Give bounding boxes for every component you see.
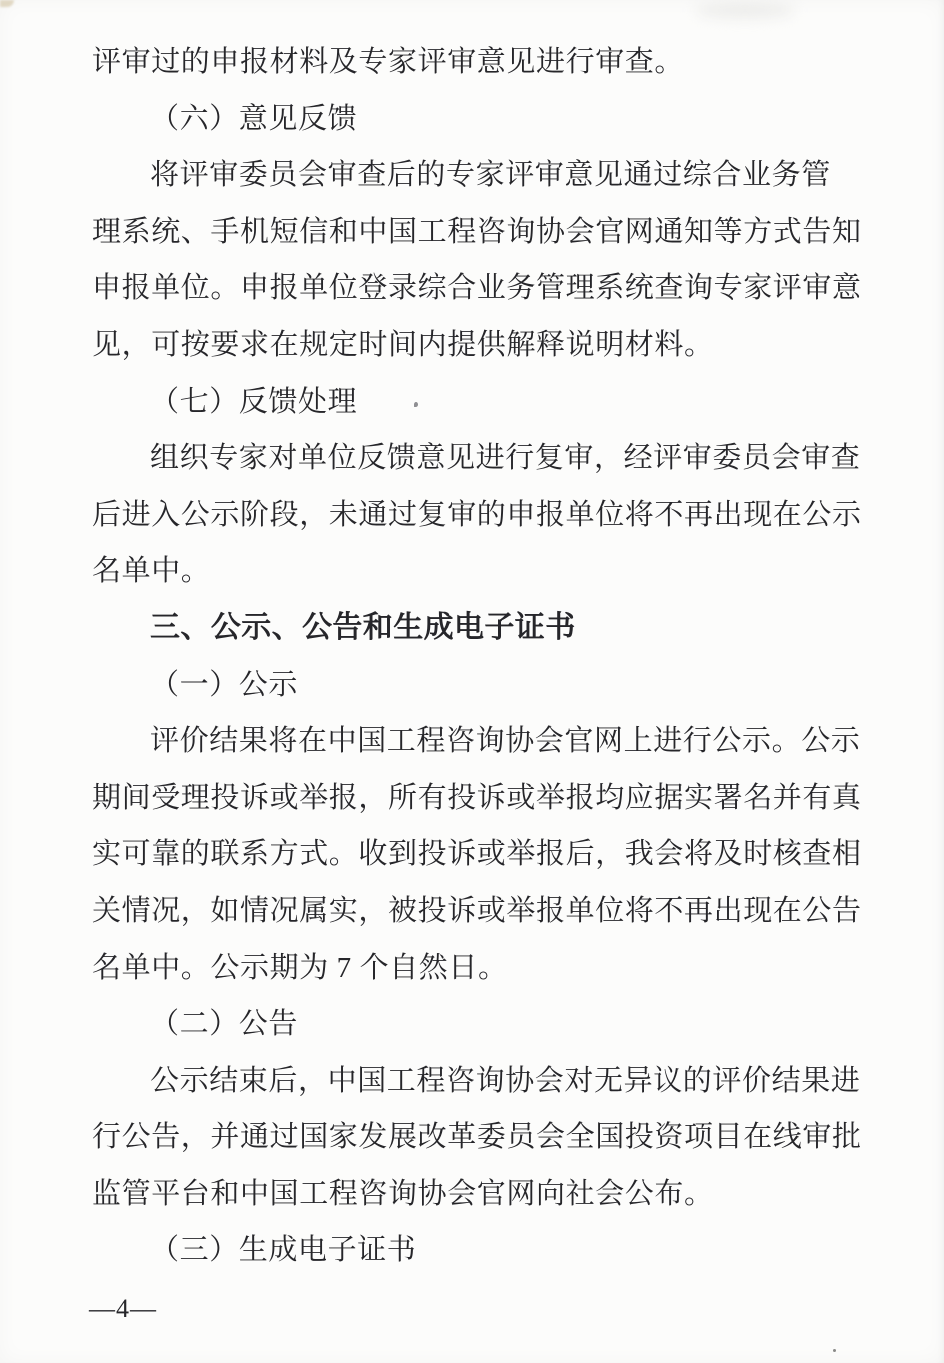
section-label: （七）反馈处理 (92, 374, 892, 431)
scan-speck (0, 0, 14, 7)
section-label: （二）公告 (92, 996, 892, 1053)
text-line: 名单中。公示期为 7 个自然日。 (92, 940, 892, 997)
text-line: 申报单位。申报单位登录综合业务管理系统查询专家评审意 (92, 260, 892, 317)
text-line: 关情况，如情况属实，被投诉或举报单位将不再出现在公告 (92, 883, 892, 940)
page-number: —4— (89, 1293, 157, 1325)
text-line: 公示结束后，中国工程咨询协会对无异议的评价结果进 (92, 1053, 892, 1110)
text-line: 名单中。 (92, 543, 892, 600)
text-line: 期间受理投诉或举报，所有投诉或举报均应据实署名并有真 (92, 770, 892, 827)
section-label: （一）公示 (92, 657, 892, 714)
section-heading: 三、公示、公告和生成电子证书 (92, 600, 892, 657)
text-line: 理系统、手机短信和中国工程咨询协会官网通知等方式告知 (92, 204, 892, 261)
text-line: 评审过的申报材料及专家评审意见进行审查。 (92, 34, 892, 91)
text-line: 行公告，并通过国家发展改革委员会全国投资项目在线审批 (92, 1109, 892, 1166)
text-line: 后进入公示阶段，未通过复审的申报单位将不再出现在公示 (92, 487, 892, 544)
text-line: 监管平台和中国工程咨询协会官网向社会公布。 (92, 1166, 892, 1223)
scan-smudge (695, 2, 795, 18)
section-label: （六）意见反馈 (92, 91, 892, 148)
text-line: 见，可按要求在规定时间内提供解释说明材料。 (92, 317, 892, 374)
document-page: 评审过的申报材料及专家评审意见进行审查。 （六）意见反馈 将评审委员会审查后的专… (0, 0, 944, 1363)
text-line: 评价结果将在中国工程咨询协会官网上进行公示。公示 (92, 713, 892, 770)
section-label: （三）生成电子证书 (92, 1222, 892, 1279)
text-line: 组织专家对单位反馈意见进行复审，经评审委员会审查 (92, 430, 892, 487)
text-line: 实可靠的联系方式。收到投诉或举报后，我会将及时核查相 (92, 826, 892, 883)
text-block: 评审过的申报材料及专家评审意见进行审查。 （六）意见反馈 将评审委员会审查后的专… (92, 34, 892, 1279)
text-line: 将评审委员会审查后的专家评审意见通过综合业务管 (92, 147, 892, 204)
ink-dot (833, 1349, 836, 1352)
